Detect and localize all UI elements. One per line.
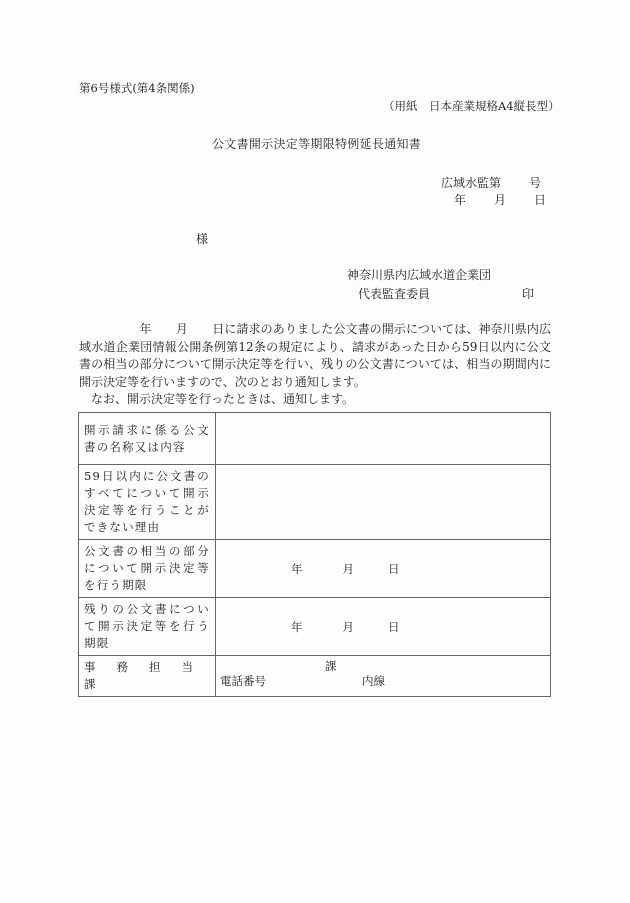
issue-year: 年 (454, 193, 466, 207)
row-label: 事務担当課 (79, 656, 216, 697)
document-title: 公文書開示決定等期限特例延長通知書 (212, 137, 421, 151)
details-table: 開示請求に係る公文書の名称又は内容 59日以内に公文書のすべてについて開示決定等… (78, 412, 551, 697)
row-label: 開示請求に係る公文書の名称又は内容 (79, 413, 216, 465)
issue-day: 日 (534, 193, 546, 207)
table-row: 公文書の相当の部分について開示決定等を行う期限 年月日 (79, 540, 551, 598)
table-row: 59日以内に公文書のすべてについて開示決定等を行うことができない理由 (79, 465, 551, 540)
notice-body: 年 月 日に請求のありました公文書の開示については、神奈川県内広域水道企業団情報… (79, 321, 551, 409)
partial-deadline-field[interactable]: 年月日 (216, 540, 551, 598)
body-paragraph-2: なお、開示決定等を行ったときは、通知します。 (79, 391, 551, 409)
table-row: 残りの公文書について開示決定等を行う期限 年月日 (79, 598, 551, 656)
deadline-day: 日 (388, 619, 400, 635)
row-label: 公文書の相当の部分について開示決定等を行う期限 (79, 540, 216, 598)
table-row: 事務担当課 課 電話番号 内線 (79, 656, 551, 697)
deadline-month: 月 (343, 561, 355, 577)
document-name-field[interactable] (216, 413, 551, 465)
sender-title: 代表監査委員 (358, 287, 430, 301)
extension-label: 内線 (362, 673, 385, 689)
section-label: 課 (325, 658, 337, 674)
row-label: 残りの公文書について開示決定等を行う期限 (79, 598, 216, 656)
phone-label: 電話番号 (220, 673, 266, 689)
seal-mark: 印 (522, 287, 534, 301)
addressee-honorific: 様 (196, 232, 208, 246)
deadline-year: 年 (291, 619, 303, 635)
body-paragraph-1: 年 月 日に請求のありました公文書の開示については、神奈川県内広域水道企業団情報… (79, 321, 551, 391)
issue-date: 年月日 (454, 193, 546, 207)
row-label: 59日以内に公文書のすべてについて開示決定等を行うことができない理由 (79, 465, 216, 540)
sender-organization: 神奈川県内広域水道企業団 (347, 268, 491, 282)
doc-no-prefix: 広域水監第 (441, 176, 501, 190)
contact-field[interactable]: 課 電話番号 内線 (216, 656, 551, 697)
doc-no-suffix: 号 (529, 176, 541, 190)
paper-spec: （用紙 日本産業規格A4縦長型） (383, 99, 560, 113)
form-number: 第6号様式(第4条関係) (79, 81, 195, 95)
deadline-month: 月 (343, 619, 355, 635)
deadline-day: 日 (388, 561, 400, 577)
document-number: 広域水監第号 (441, 176, 541, 190)
deadline-year: 年 (291, 561, 303, 577)
issue-month: 月 (494, 193, 506, 207)
table-row: 開示請求に係る公文書の名称又は内容 (79, 413, 551, 465)
reason-field[interactable] (216, 465, 551, 540)
remaining-deadline-field[interactable]: 年月日 (216, 598, 551, 656)
